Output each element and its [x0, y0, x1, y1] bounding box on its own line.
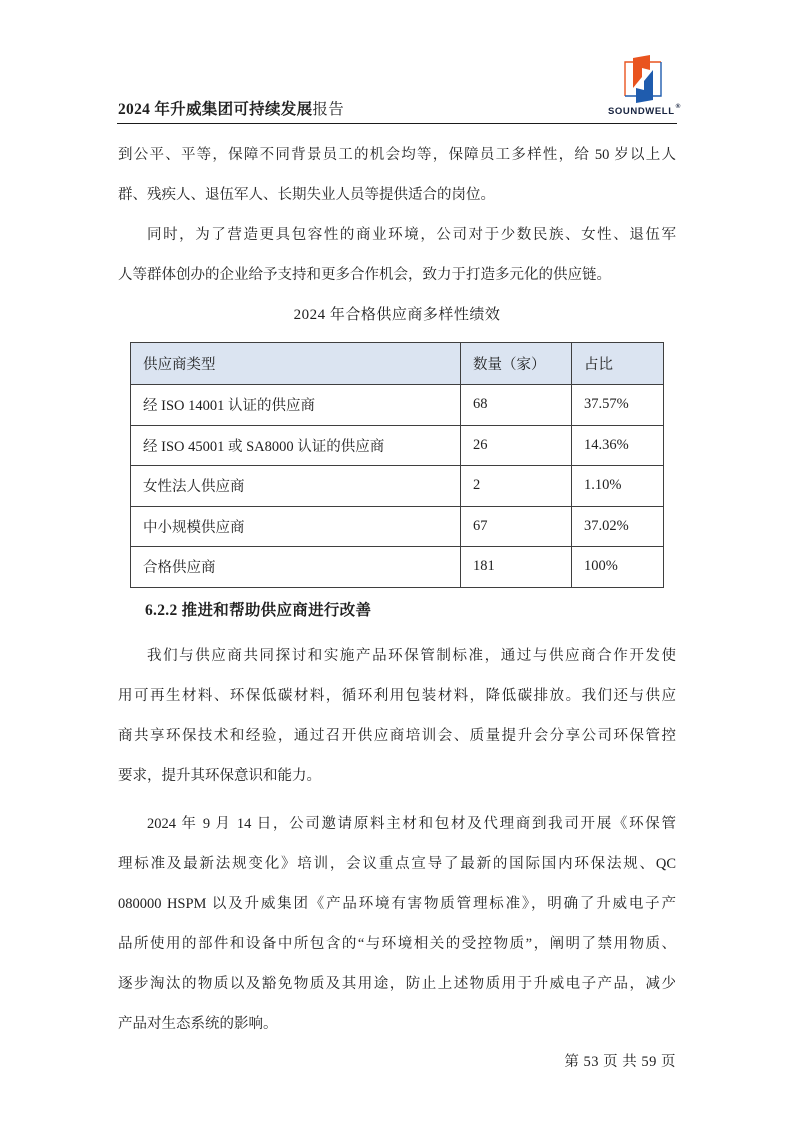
table-title: 2024 年合格供应商多样性绩效	[118, 295, 676, 335]
text-line: 2024 年 9 月 14 日，公司邀请原料主材和包材及代理商到我司开展《环保管	[118, 804, 676, 844]
table-cell: 1.10%	[572, 466, 664, 507]
paragraph: 我们与供应商共同探讨和实施产品环保管制标准，通过与供应商合作开发使用可再生材料、…	[118, 636, 676, 796]
table-cell: 14.36%	[572, 425, 664, 466]
table-cell: 26	[461, 425, 572, 466]
document-body: 到公平、平等，保障不同背景员工的机会均等，保障员工多样性，给 50 岁以上人群、…	[118, 135, 676, 1044]
header-title-rest: 报告	[312, 101, 344, 118]
table-cell: 67	[461, 506, 572, 547]
section-heading: 6.2.2 推进和帮助供应商进行改善	[145, 598, 676, 624]
text-line: 要求，提升其环保意识和能力。	[118, 756, 676, 796]
paragraph: 同时，为了营造更具包容性的商业环境，公司对于少数民族、女性、退伍军人等群体创办的…	[118, 215, 676, 295]
page-number: 第 53 页 共 59 页	[118, 1052, 676, 1072]
text-line: 用可再生材料、环保低碳材料，循环利用包装材料，降低碳排放。我们还与供应	[118, 676, 676, 716]
header-divider	[117, 123, 677, 124]
page-header-title: 2024 年升威集团可持续发展报告	[118, 100, 344, 120]
table-header-row: 供应商类型数量（家）占比	[131, 343, 664, 385]
table-cell: 68	[461, 385, 572, 426]
table-header-cell: 数量（家）	[461, 343, 572, 385]
table-cell: 女性法人供应商	[131, 466, 461, 507]
table-cell: 37.02%	[572, 506, 664, 547]
header-title-bold: 2024 年升威集团可持续发展	[118, 101, 312, 118]
table-header-cell: 占比	[572, 343, 664, 385]
paragraph: 2024 年 9 月 14 日，公司邀请原料主材和包材及代理商到我司开展《环保管…	[118, 804, 676, 1044]
table-row: 中小规模供应商6737.02%	[131, 506, 664, 547]
text-line: 商共享环保技术和经验，通过召开供应商培训会、质量提升会分享公司环保管控	[118, 716, 676, 756]
table-cell: 合格供应商	[131, 547, 461, 588]
text-line: 逐步淘汰的物质以及豁免物质及其用途，防止上述物质用于升威电子产品，减少	[118, 964, 676, 1004]
text-line: 人等群体创办的企业给予支持和更多合作机会，致力于打造多元化的供应链。	[118, 255, 676, 295]
report-page: 2024 年升威集团可持续发展报告 SOUNDWELL® 到公平、平等，保障不同…	[0, 0, 794, 1123]
table-row: 经 ISO 14001 认证的供应商6837.57%	[131, 385, 664, 426]
text-line: 群、残疾人、退伍军人、长期失业人员等提供适合的岗位。	[118, 175, 676, 215]
body-paragraphs-bottom: 我们与供应商共同探讨和实施产品环保管制标准，通过与供应商合作开发使用可再生材料、…	[118, 636, 676, 1044]
text-line: 理标准及最新法规变化》培训，会议重点宣导了最新的国际国内环保法规、QC	[118, 844, 676, 884]
supplier-diversity-table: 供应商类型数量（家）占比 经 ISO 14001 认证的供应商6837.57%经…	[130, 342, 664, 588]
text-line: 品所使用的部件和设备中所包含的“与环境相关的受控物质”，阐明了禁用物质、	[118, 924, 676, 964]
table-row: 女性法人供应商21.10%	[131, 466, 664, 507]
table-cell: 经 ISO 14001 认证的供应商	[131, 385, 461, 426]
table-header-cell: 供应商类型	[131, 343, 461, 385]
text-line: 到公平、平等，保障不同背景员工的机会均等，保障员工多样性，给 50 岁以上人	[118, 135, 676, 175]
soundwell-logo-text: SOUNDWELL®	[608, 106, 678, 117]
text-line: 080000 HSPM 以及升威集团《产品环境有害物质管理标准》，明确了升威电子…	[118, 884, 676, 924]
text-line: 我们与供应商共同探讨和实施产品环保管制标准，通过与供应商合作开发使	[118, 636, 676, 676]
table-cell: 37.57%	[572, 385, 664, 426]
table-row: 合格供应商181100%	[131, 547, 664, 588]
table-cell: 181	[461, 547, 572, 588]
table-cell: 经 ISO 45001 或 SA8000 认证的供应商	[131, 425, 461, 466]
table-cell: 100%	[572, 547, 664, 588]
registered-mark: ®	[676, 103, 681, 110]
body-paragraphs-top: 到公平、平等，保障不同背景员工的机会均等，保障员工多样性，给 50 岁以上人群、…	[118, 135, 676, 295]
soundwell-logo-icon	[619, 53, 667, 105]
soundwell-logo: SOUNDWELL®	[608, 53, 678, 117]
text-line: 同时，为了营造更具包容性的商业环境，公司对于少数民族、女性、退伍军	[118, 215, 676, 255]
table-row: 经 ISO 45001 或 SA8000 认证的供应商2614.36%	[131, 425, 664, 466]
logo-wordmark: SOUNDWELL	[608, 106, 675, 117]
paragraph: 到公平、平等，保障不同背景员工的机会均等，保障员工多样性，给 50 岁以上人群、…	[118, 135, 676, 215]
table-cell: 2	[461, 466, 572, 507]
text-line: 产品对生态系统的影响。	[118, 1004, 676, 1044]
table-cell: 中小规模供应商	[131, 506, 461, 547]
